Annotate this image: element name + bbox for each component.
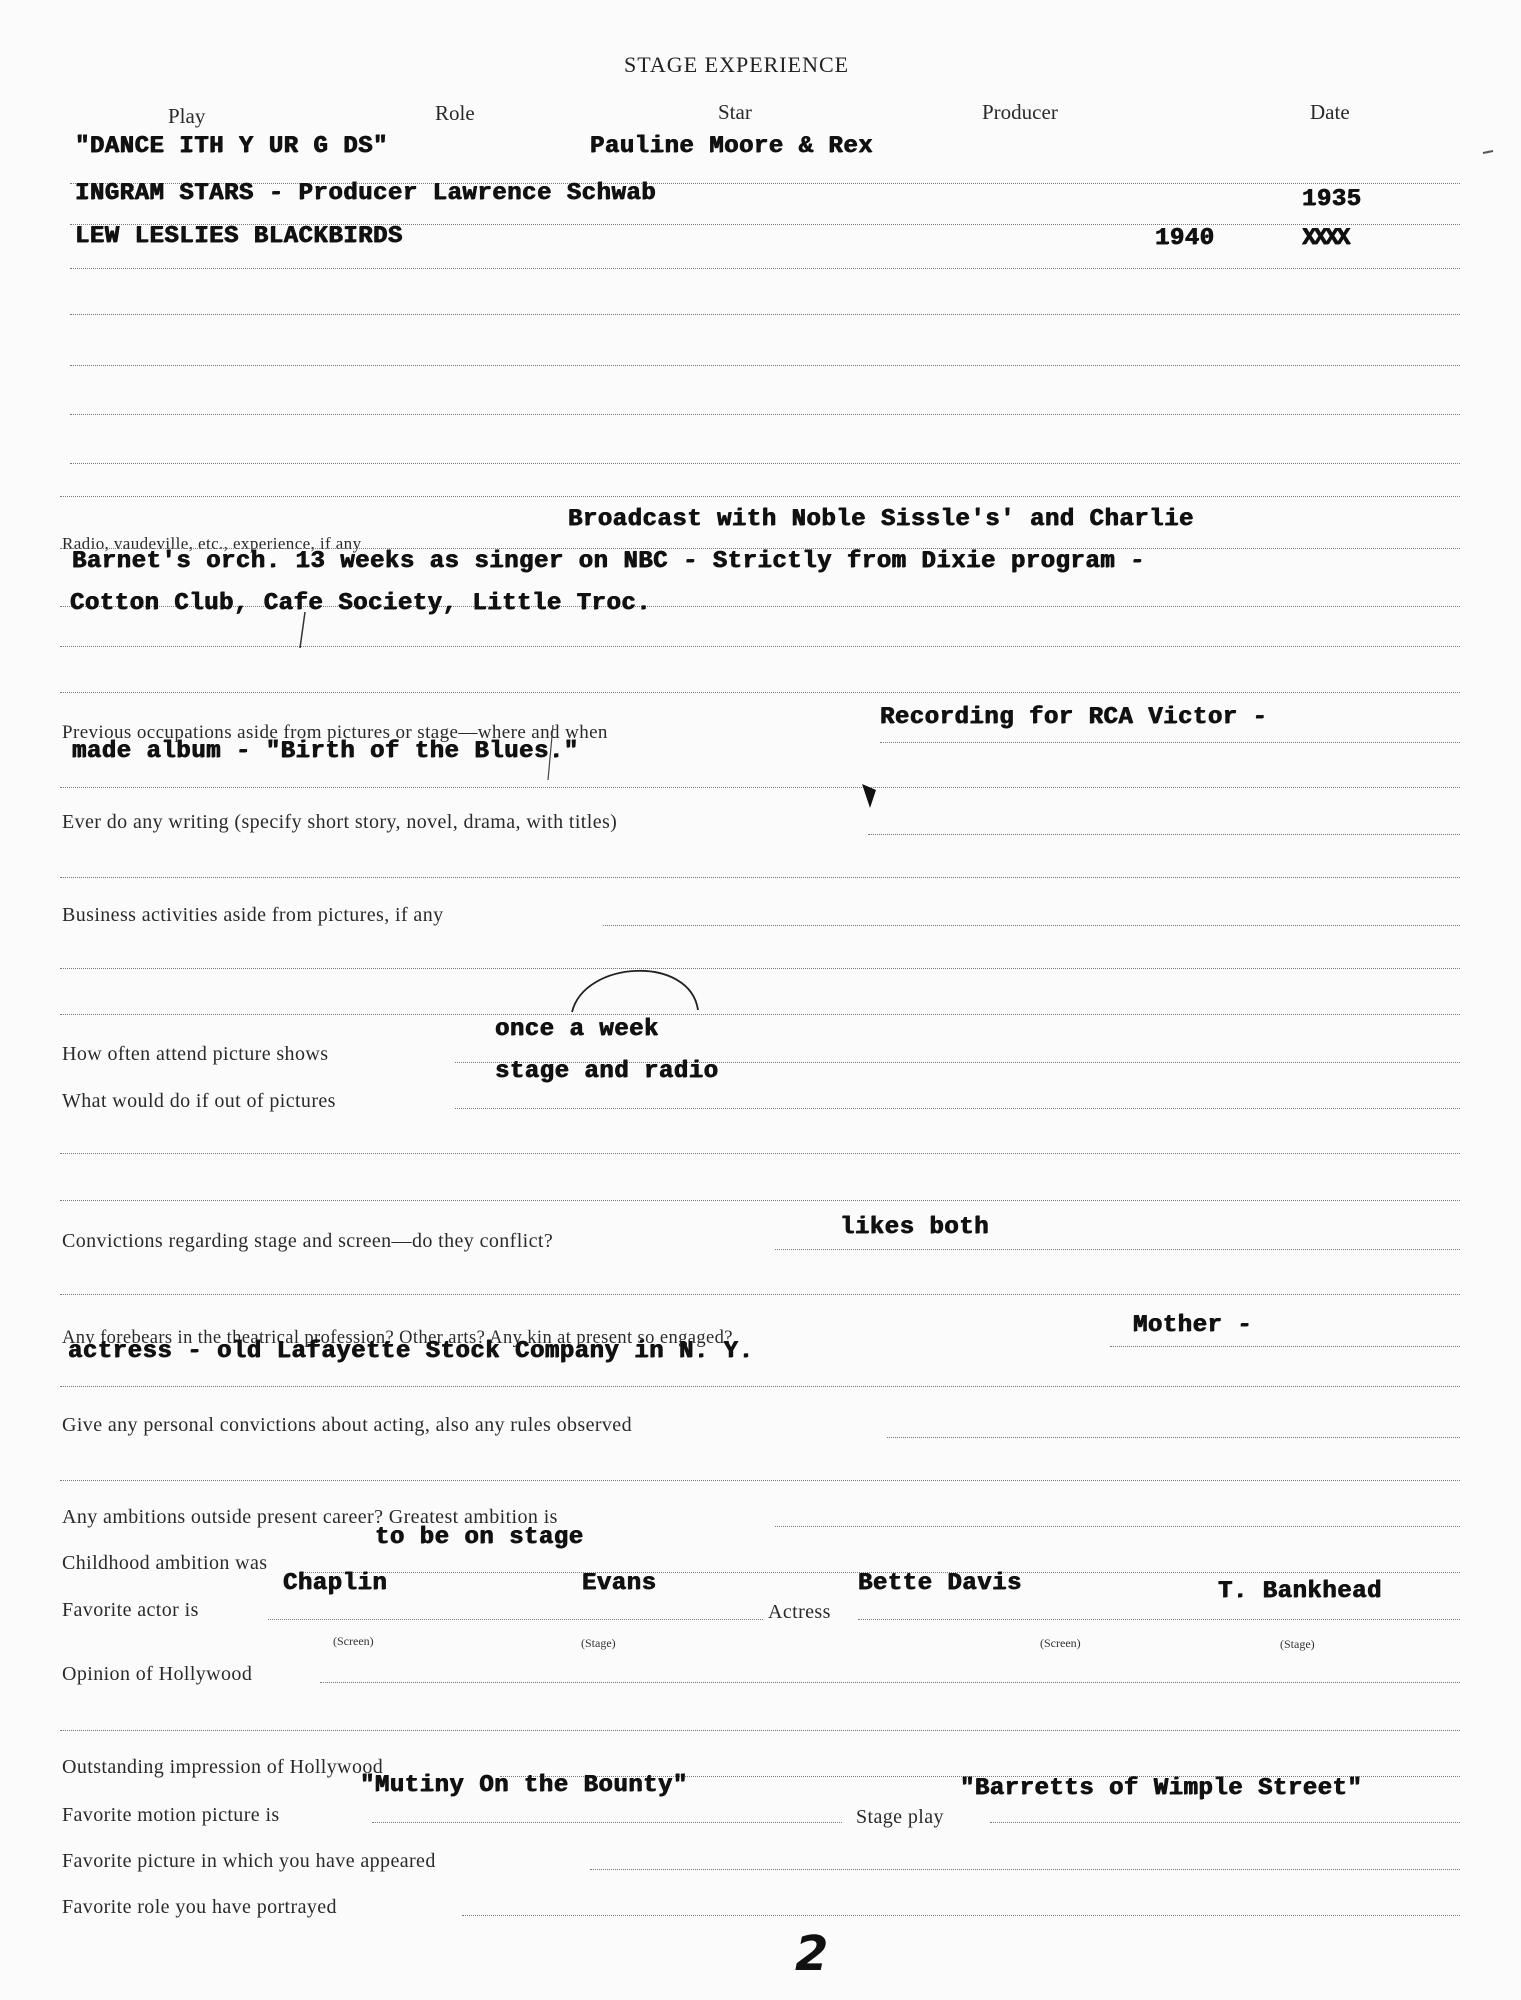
pencil-marks bbox=[0, 0, 1521, 2000]
